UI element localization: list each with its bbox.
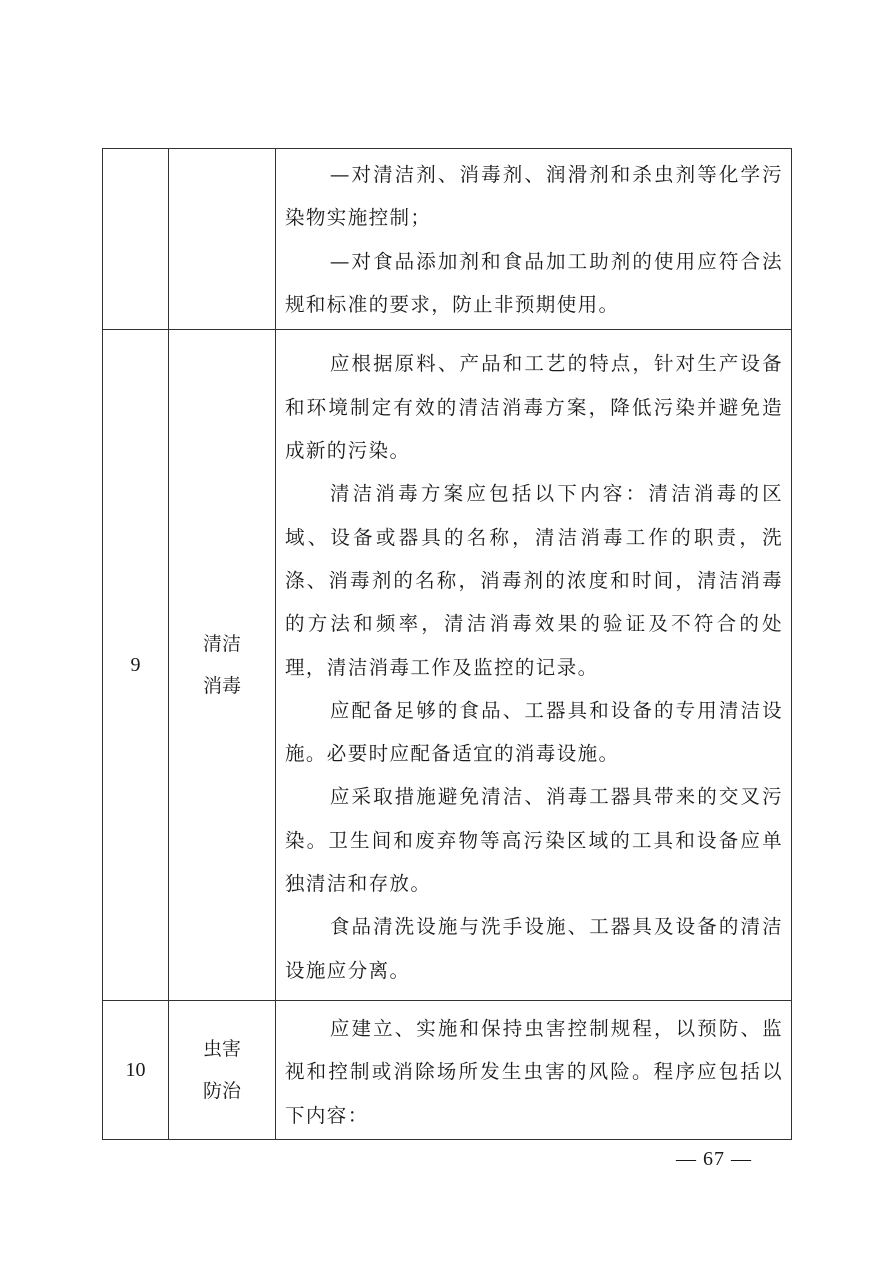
paragraph: 应采取措施避免清洁、消毒工器具带来的交叉污染。卫生间和废弃物等高污染区域的工具和…	[285, 775, 783, 905]
table-row: —对清洁剂、消毒剂、润滑剂和杀虫剂等化学污染物实施控制； —对食品添加剂和食品加…	[103, 149, 792, 330]
paragraph: 应根据原料、产品和工艺的特点，针对生产设备和环境制定有效的清洁消毒方案，降低污染…	[285, 342, 783, 472]
paragraph: 清洁消毒方案应包括以下内容：清洁消毒的区域、设备或器具的名称，清洁消毒工作的职责…	[285, 472, 783, 688]
paragraph: 食品清洗设施与洗手设施、工器具及设备的清洁设施应分离。	[285, 905, 783, 992]
row-content: 应根据原料、产品和工艺的特点，针对生产设备和环境制定有效的清洁消毒方案，降低污染…	[276, 330, 792, 1001]
label-line: 防治	[169, 1070, 275, 1112]
row-number	[103, 149, 169, 330]
requirements-table: —对清洁剂、消毒剂、润滑剂和杀虫剂等化学污染物实施控制； —对食品添加剂和食品加…	[102, 148, 792, 1140]
label-line: 清洁	[169, 623, 275, 665]
row-label	[169, 149, 276, 330]
row-label: 虫害 防治	[169, 1001, 276, 1140]
table-row: 10 虫害 防治 应建立、实施和保持虫害控制规程，以预防、监视和控制或消除场所发…	[103, 1001, 792, 1140]
row-content: 应建立、实施和保持虫害控制规程，以预防、监视和控制或消除场所发生虫害的风险。程序…	[276, 1001, 792, 1140]
row-label: 清洁 消毒	[169, 330, 276, 1001]
label-line: 虫害	[169, 1028, 275, 1070]
document-page: —对清洁剂、消毒剂、润滑剂和杀虫剂等化学污染物实施控制； —对食品添加剂和食品加…	[0, 0, 892, 1262]
paragraph: —对食品添加剂和食品加工助剂的使用应符合法规和标准的要求，防止非预期使用。	[285, 240, 783, 327]
paragraph: —对清洁剂、消毒剂、润滑剂和杀虫剂等化学污染物实施控制；	[285, 153, 783, 240]
row-number: 9	[103, 330, 169, 1001]
page-number: — 67 —	[676, 1148, 752, 1171]
row-number: 10	[103, 1001, 169, 1140]
paragraph: 应建立、实施和保持虫害控制规程，以预防、监视和控制或消除场所发生虫害的风险。程序…	[285, 1007, 783, 1137]
paragraph: 应配备足够的食品、工器具和设备的专用清洁设施。必要时应配备适宜的消毒设施。	[285, 689, 783, 776]
row-content: —对清洁剂、消毒剂、润滑剂和杀虫剂等化学污染物实施控制； —对食品添加剂和食品加…	[276, 149, 792, 330]
label-line: 消毒	[169, 665, 275, 707]
table-row: 9 清洁 消毒 应根据原料、产品和工艺的特点，针对生产设备和环境制定有效的清洁消…	[103, 330, 792, 1001]
